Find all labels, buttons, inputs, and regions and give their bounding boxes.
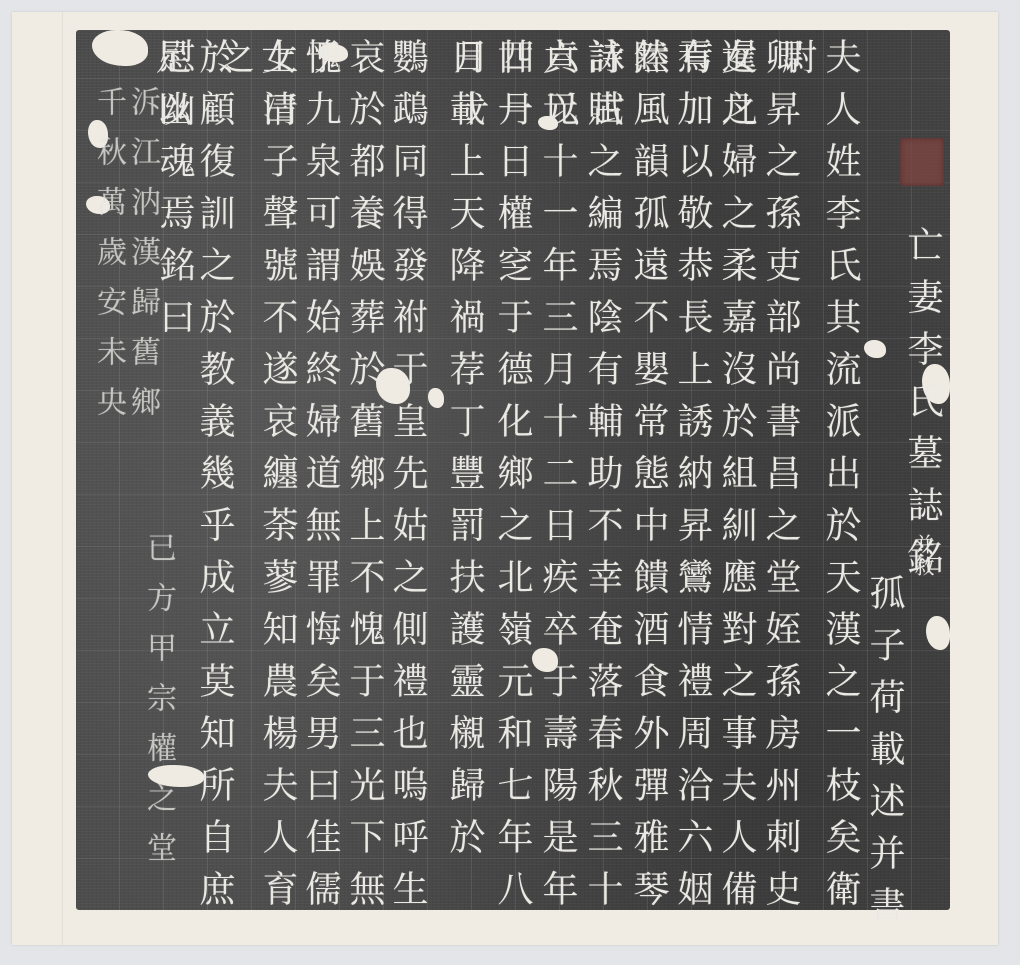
text-column-08: 詩賦之編焉陰有輔助不幸奄落春秋三十六以 [580, 38, 624, 965]
title-note: 并敘 [912, 534, 934, 578]
text-column-04: 卿昇之孫吏部尚書昌之堂姪孫房州刺史暹之 [758, 38, 802, 965]
text-column-09: 貞元十一年三月十二日疾卒于壽陽是年四月 [535, 38, 579, 965]
text-column-11: 日載上天降禍荐丁豐罰扶護靈櫬歸於 [442, 38, 486, 870]
text-column-06: 焉加以敬恭長上誘納昇鸞情禮周洽六姻睦 [670, 38, 714, 965]
text-column-16: 於顧復訓之於教義幾乎成立莫知所自庶足以 [192, 38, 236, 965]
text-column-12: 鸚鵡同得發祔于皇先姑之側禮也嗚呼生 [385, 38, 429, 922]
text-column-13: 哀於都養娛葬於舊鄉上不愧于三光下無愧 [342, 38, 386, 965]
red-seal-stamp [900, 138, 944, 186]
text-column-07: 然風韻孤遠不嬰常態中饋酒食外彈雅琴詠古 [626, 38, 670, 965]
text-column-17-lower: 已方甲宗權之堂 [136, 532, 180, 882]
text-column-15: 上清子聲號不遂哀纏荼蓼知農楊夫人育之 [255, 38, 299, 965]
text-column-05: 女凡婦之柔嘉沒於組紃應對之事夫人備有 [714, 38, 758, 965]
inscription-column-19: 千秋萬歲安未央 [86, 86, 130, 436]
text-column-10: 廿一日權窆于德化鄉之北嶺元和七年八月十 [490, 38, 534, 965]
text-column-14: 于九泉可謂始終婦道無罪悔矣男曰佳儒女曰 [298, 38, 342, 965]
paper-fold-line [62, 12, 63, 945]
damage-patch [926, 616, 950, 650]
damage-patch [864, 340, 886, 358]
author-column: 孤子荷載述并書 [862, 574, 906, 938]
text-column-02: 夫人姓李氏其流派出於天漢之一枝矣衛尉 [818, 38, 862, 965]
